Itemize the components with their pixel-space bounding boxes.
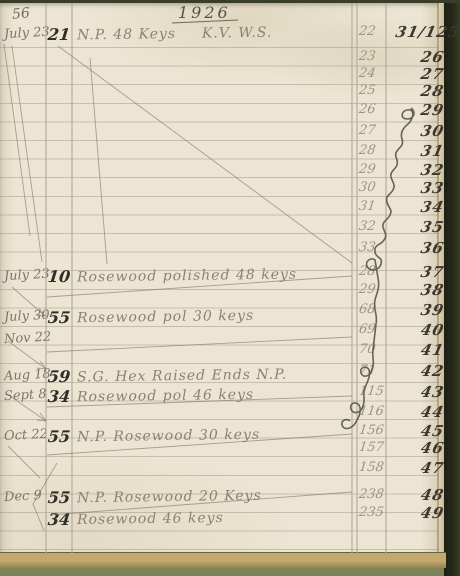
pencil-number: 235 [358,505,386,520]
ink-serial-number: 46 [394,439,446,457]
ink-serial-number: 47 [394,459,446,477]
pencil-number: 157 [358,440,386,455]
entry-item-number: 59 [47,367,75,386]
entry-item-number: 21 [47,25,75,44]
entry-description: N.P. Rosewood 30 keys [77,427,260,446]
pencil-number: 26 [358,102,386,117]
ink-serial-number: 41 [394,341,446,359]
pencil-number: 158 [358,460,386,475]
ink-serial-number: 32 [394,161,446,179]
pencil-number: 22 [358,24,386,39]
entry-description: N.P. 48 Keys K.V. W.S. [77,25,273,44]
pencil-number: 156 [358,423,386,438]
pencil-number: 24 [358,66,386,81]
ink-serial-number: 43 [394,383,446,401]
ink-serial-number: 49 [394,504,446,522]
entry-item-number: 55 [47,308,75,327]
pencil-number: 68 [358,302,386,317]
pencil-number: 29 [358,162,386,177]
pencil-number: 27 [358,123,386,138]
ink-serial-number: 48 [394,486,446,504]
pencil-number: 116 [358,404,386,419]
pencil-number: 28 [358,143,386,158]
pencil-number: 25 [358,83,386,98]
pencil-number: 70 [358,342,386,357]
entry-description: N.P. Rosewood 20 Keys [77,488,262,507]
pencil-number: 71 [358,363,386,378]
pencil-number: 29 [358,282,386,297]
ink-serial-number: 37 [394,263,446,281]
entry-date: Dec 9 [4,488,47,505]
ink-serial-number: 33 [394,179,446,197]
ink-serial-number: 35 [394,218,446,236]
pencil-number: 30 [358,180,386,195]
pencil-number: 31 [358,199,386,214]
entry-description: Rosewood polished 48 keys [77,266,297,285]
ink-serial-number: 42 [394,362,446,380]
ink-serial-number: 28 [394,82,446,100]
ledger-scan: 56 1926 July 2321N.P. 48 Keys K.V. W.S.J… [0,0,460,576]
entry-date: Oct 22 [4,427,47,444]
pencil-number: 238 [358,487,386,502]
pencil-number: 33 [358,240,386,255]
ink-serial-number: 40 [394,321,446,339]
scan-border-right [444,0,460,576]
pencil-number: 32 [358,219,386,234]
entry-description: Rosewood pol 30 keys [77,308,254,326]
pencil-number: 115 [358,384,386,399]
entry-item-number: 34 [47,510,75,529]
ink-serial-number: 38 [394,281,446,299]
ink-serial-number: 27 [394,65,446,83]
entry-description: Rosewood pol 46 keys [77,387,254,405]
ink-serial-number: 30 [394,122,446,140]
pencil-number: 69 [358,322,386,337]
entry-date: Nov 22 [4,330,47,347]
year-heading: 1926 [178,3,231,22]
entry-item-number: 55 [47,488,75,507]
entry-item-number: 55 [47,427,75,446]
ink-serial-number: 29 [394,101,446,119]
ink-serial-number: 44 [394,403,446,421]
book-bottom-edge [0,552,446,568]
ink-serial-number: 26 [394,48,446,66]
entry-date: July 23 [4,267,47,284]
ink-serial-number: 45 [394,422,446,440]
ink-serial-number: 39 [394,301,446,319]
pencil-number: 23 [358,49,386,64]
ink-serial-number: 36 [394,239,446,257]
ink-serial-number: 31 [394,142,446,160]
entry-description: S.G. Hex Raised Ends N.P. [77,367,287,386]
entry-date: Aug 18 [4,367,47,384]
entry-date: Sept 8 [4,387,47,404]
page-number: 56 [11,5,30,23]
ink-serial-number: 34 [394,198,446,216]
entry-item-number: 10 [47,267,75,286]
pencil-number: 28 [358,264,386,279]
entry-item-number: 34 [47,387,75,406]
entry-description: Rosewood 46 keys [77,510,224,528]
entry-date: July 23 [4,25,47,42]
ink-serial-number: 31/125 [394,23,446,41]
entry-date: July 30 [4,308,47,325]
